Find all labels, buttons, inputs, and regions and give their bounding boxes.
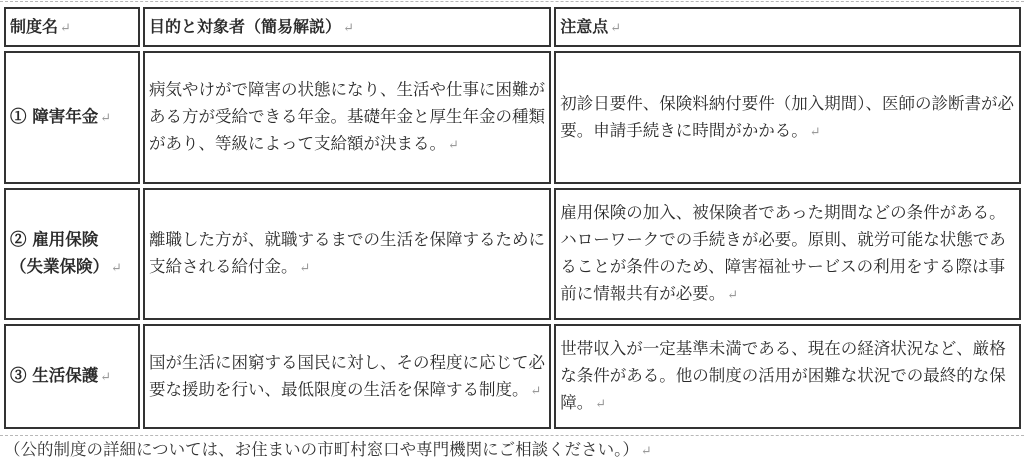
cell-purpose[interactable]: 病気やけがで障害の状態になり、生活や仕事に困難がある方が受給できる年金。基礎年金… bbox=[143, 51, 551, 184]
return-mark-icon: ↵ bbox=[100, 370, 111, 385]
return-mark-icon: ↵ bbox=[595, 397, 606, 412]
header-label: 注意点 bbox=[560, 17, 608, 36]
purpose-text: 病気やけがで障害の状態になり、生活や仕事に困難がある方が受給できる年金。基礎年金… bbox=[149, 80, 545, 153]
return-mark-icon: ↵ bbox=[111, 261, 122, 276]
return-mark-icon: ↵ bbox=[300, 261, 311, 276]
system-name-text: ② 雇用保険 bbox=[10, 230, 98, 249]
cell-notes[interactable]: 雇用保険の加入、被保険者であった期間などの条件がある。ハローワークでの手続きが必… bbox=[554, 188, 1021, 320]
return-mark-icon: ↵ bbox=[610, 21, 621, 36]
table-header-row: 制度名↵ 目的と対象者（簡易解説）↵ 注意点↵ bbox=[4, 7, 1021, 47]
table-row: ② 雇用保険（失業保険）↵ 離職した方が、就職するまでの生活を保障するために支給… bbox=[4, 188, 1021, 320]
return-mark-icon: ↵ bbox=[448, 138, 459, 153]
return-mark-icon: ↵ bbox=[343, 21, 354, 36]
return-mark-icon: ↵ bbox=[531, 384, 542, 399]
cell-notes[interactable]: 世帯収入が一定基準未満である、現在の経済状況など、厳格な条件がある。他の制度の活… bbox=[554, 324, 1021, 429]
notes-text: 世帯収入が一定基準未満である、現在の経済状況など、厳格な条件がある。他の制度の活… bbox=[560, 339, 1006, 412]
cell-purpose[interactable]: 国が生活に困窮する国民に対し、その程度に応じて必要な援助を行い、最低限度の生活を… bbox=[143, 324, 551, 429]
header-label: 制度名 bbox=[10, 17, 58, 36]
footnote[interactable]: （公的制度の詳細については、お住まいの市町村窓口や専門機関にご相談ください。）↵ bbox=[4, 438, 652, 464]
header-cell-name[interactable]: 制度名↵ bbox=[4, 7, 140, 47]
return-mark-icon: ↵ bbox=[810, 125, 821, 140]
system-name-text: ③ 生活保護 bbox=[10, 366, 98, 385]
notes-text: 初診日要件、保険料納付要件（加入期間）、医師の診断書が必要。申請手続きに時間がか… bbox=[560, 94, 1014, 140]
header-cell-purpose[interactable]: 目的と対象者（簡易解説）↵ bbox=[143, 7, 551, 47]
table-row: ③ 生活保護↵ 国が生活に困窮する国民に対し、その程度に応じて必要な援助を行い、… bbox=[4, 324, 1021, 429]
return-mark-icon: ↵ bbox=[727, 288, 738, 303]
cell-system-name[interactable]: ③ 生活保護↵ bbox=[4, 324, 140, 429]
notes-text: 雇用保険の加入、被保険者であった期間などの条件がある。ハローワークでの手続きが必… bbox=[560, 203, 1006, 303]
purpose-text: 離職した方が、就職するまでの生活を保障するために支給される給付金。 bbox=[149, 230, 545, 276]
page-boundary-bottom bbox=[0, 435, 1024, 436]
welfare-systems-table: 制度名↵ 目的と対象者（簡易解説）↵ 注意点↵ ① 障害年金↵ 病気やけがで障害… bbox=[1, 3, 1024, 433]
header-label: 目的と対象者（簡易解説） bbox=[149, 17, 341, 36]
table-row: ① 障害年金↵ 病気やけがで障害の状態になり、生活や仕事に困難がある方が受給でき… bbox=[4, 51, 1021, 184]
system-name-text: ① 障害年金 bbox=[10, 107, 98, 126]
return-mark-icon: ↵ bbox=[641, 444, 652, 459]
cell-system-name[interactable]: ② 雇用保険（失業保険）↵ bbox=[4, 188, 140, 320]
return-mark-icon: ↵ bbox=[60, 21, 71, 36]
page-boundary-top bbox=[0, 1, 1024, 2]
footnote-text: （公的制度の詳細については、お住まいの市町村窓口や専門機関にご相談ください。） bbox=[4, 440, 639, 459]
cell-system-name[interactable]: ① 障害年金↵ bbox=[4, 51, 140, 184]
system-name-subtext: （失業保険） bbox=[10, 257, 109, 276]
cell-purpose[interactable]: 離職した方が、就職するまでの生活を保障するために支給される給付金。↵ bbox=[143, 188, 551, 320]
purpose-text: 国が生活に困窮する国民に対し、その程度に応じて必要な援助を行い、最低限度の生活を… bbox=[149, 353, 545, 399]
cell-notes[interactable]: 初診日要件、保険料納付要件（加入期間）、医師の診断書が必要。申請手続きに時間がか… bbox=[554, 51, 1021, 184]
header-cell-notes[interactable]: 注意点↵ bbox=[554, 7, 1021, 47]
return-mark-icon: ↵ bbox=[100, 111, 111, 126]
